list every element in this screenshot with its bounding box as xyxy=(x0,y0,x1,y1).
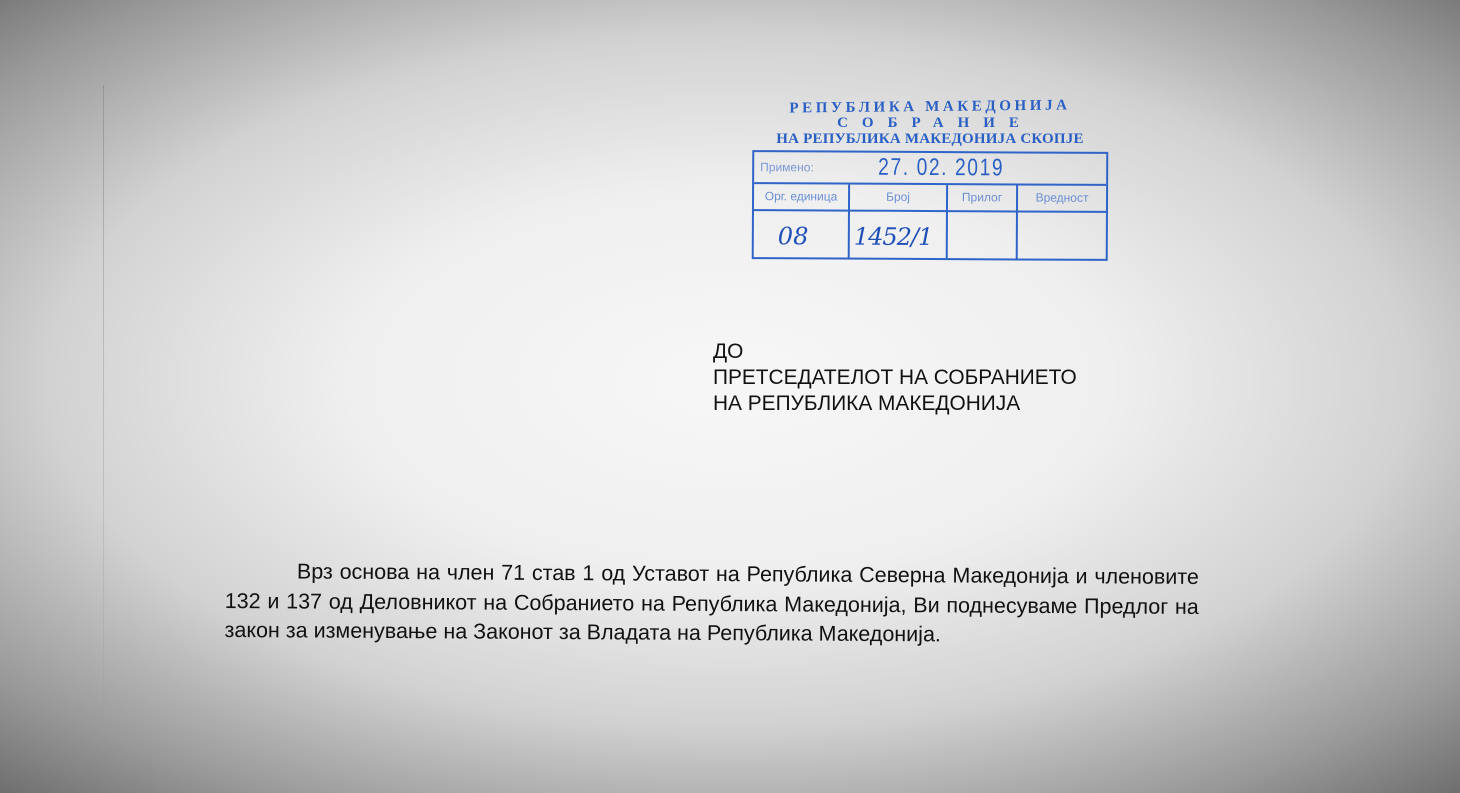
stamp-value-attachment xyxy=(948,212,1016,258)
stamp-received-row: Примено: 27. 02. 2019 xyxy=(754,152,1106,186)
stamp-col-value: Вредност xyxy=(1018,185,1106,258)
stamp-line-assembly: СОБРАНИЕ xyxy=(762,116,1108,131)
recipient-institution: НА РЕПУБЛИКА МАКЕДОНИЈА xyxy=(713,390,1077,416)
stamp-line-republic: РЕПУБЛИКА МАКЕДОНИЈА xyxy=(752,98,1108,117)
stamp-value-value xyxy=(1018,212,1106,258)
stamp-col-number: Број 1452/1 xyxy=(850,185,948,259)
registry-stamp: РЕПУБЛИКА МАКЕДОНИЈА СОБРАНИЕ НА РЕПУБЛИ… xyxy=(752,100,1108,260)
stamp-header-attachment: Прилог xyxy=(948,185,1016,212)
stamp-col-org-unit: Орг. единица 08 xyxy=(754,184,850,258)
stamp-header-value: Вредност xyxy=(1018,185,1106,212)
stamp-received-date: 27. 02. 2019 xyxy=(878,154,1004,183)
stamp-line-skopje: НА РЕПУБЛИКА МАКЕДОНИЈА СКОПЈЕ xyxy=(752,132,1108,147)
body-paragraph: Врз основа на член 71 став 1 од Уставот … xyxy=(224,557,1199,651)
stamp-table: Примено: 27. 02. 2019 Орг. единица 08 Бр… xyxy=(752,150,1109,261)
stamp-value-number: 1452/1 xyxy=(850,212,946,259)
recipient-title: ПРЕТСЕДАТЕЛОТ НА СОБРАНИЕТО xyxy=(713,364,1077,390)
recipient-block: ДО ПРЕТСЕДАТЕЛОТ НА СОБРАНИЕТО НА РЕПУБЛ… xyxy=(713,338,1077,416)
stamp-value-org-unit: 08 xyxy=(754,211,848,257)
stamp-col-attachment: Прилог xyxy=(948,185,1018,258)
stamp-header-number: Број xyxy=(850,185,946,213)
stamp-received-label: Примено: xyxy=(760,160,860,175)
stamp-header-org-unit: Орг. единица xyxy=(754,184,848,211)
page-edge xyxy=(103,85,104,725)
recipient-to: ДО xyxy=(713,338,1077,364)
stamp-grid: Орг. единица 08 Број 1452/1 Прилог Вредн… xyxy=(754,184,1106,259)
